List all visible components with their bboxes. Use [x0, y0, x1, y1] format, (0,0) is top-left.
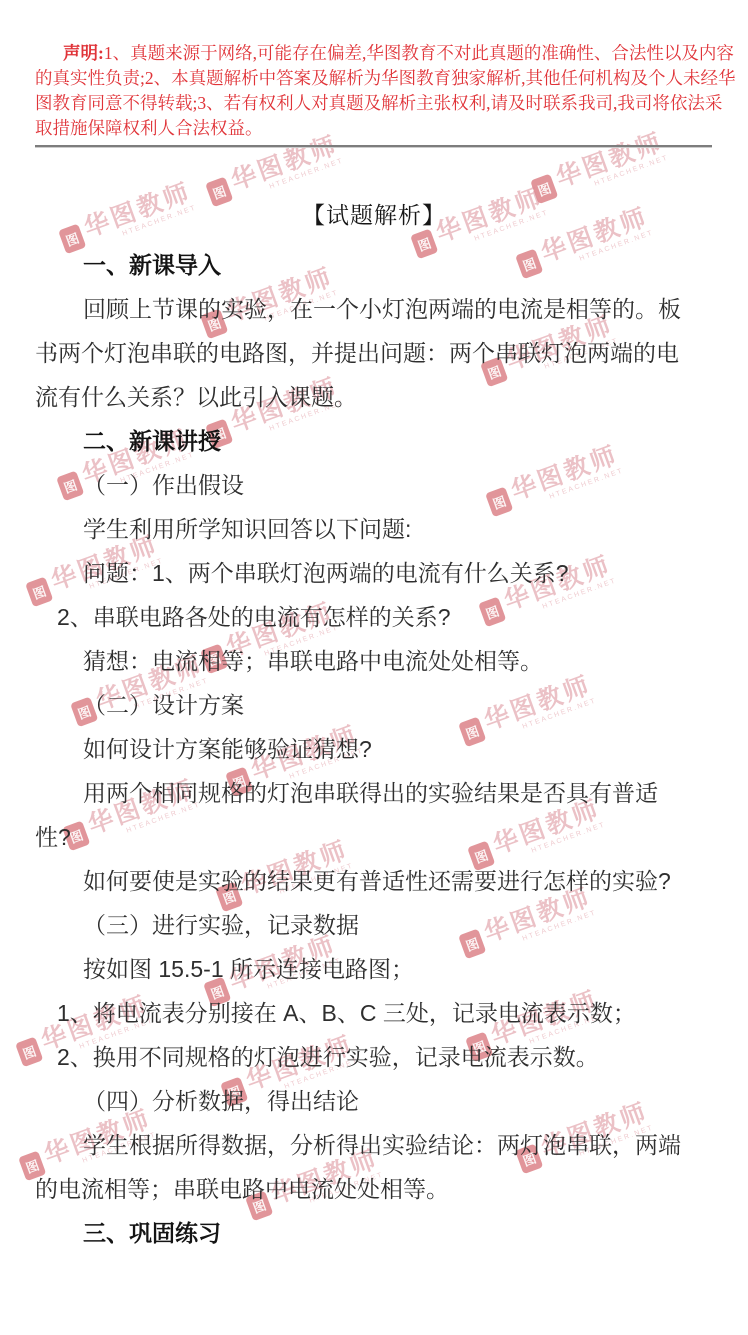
text-line: 学生利用所学知识回答以下问题: — [35, 507, 713, 551]
text-line: 猜想：电流相等；串联电路中电流处处相等。 — [35, 639, 713, 683]
disclaimer-line: 的真实性负责;2、本真题解析中答案及解析为华图教育独家解析,其他任何机构及个人未… — [35, 66, 713, 91]
text-line: 学生根据所得数据，分析得出实验结论：两灯泡串联，两端 — [35, 1123, 713, 1167]
watermark-text: 华图教师 — [228, 133, 342, 195]
text-line: 按如图 15.5-1 所示连接电路图； — [35, 947, 713, 991]
text-line: 书两个灯泡串联的电路图，并提出问题：两个串联灯泡两端的电 — [35, 331, 713, 375]
text-line: 流有什么关系？以此引入课题。 — [35, 375, 713, 419]
section-heading: 三、巩固练习 — [35, 1211, 713, 1255]
disclaimer: 声明:1、真题来源于网络,可能存在偏差,华图教育不对此真题的准确性、合法性以及内… — [35, 41, 713, 141]
document-body: 【试题解析】 一、新课导入回顾上节课的实验，在一个小灯泡两端的电流是相等的。板书… — [35, 193, 713, 1255]
text-line: 如何设计方案能够验证猜想? — [35, 727, 713, 771]
text-line: （三）进行实验，记录数据 — [35, 903, 713, 947]
text-line: 用两个相同规格的灯泡串联得出的实验结果是否具有普适 — [35, 771, 713, 815]
text-line: 2、串联电路各处的电流有怎样的关系? — [35, 595, 713, 639]
divider — [35, 145, 712, 147]
section-heading: 一、新课导入 — [35, 243, 713, 287]
section-heading: 二、新课讲授 — [35, 419, 713, 463]
text-line: 2、换用不同规格的灯泡进行实验，记录电流表示数。 — [35, 1035, 713, 1079]
disclaimer-label: 声明: — [63, 43, 104, 63]
watermark-text-group: 华图教师HTEACHER.NET — [228, 133, 345, 202]
text-line: 问题：1、两个串联灯泡两端的电流有什么关系? — [35, 551, 713, 595]
disclaimer-line: 取措施保障权利人合法权益。 — [35, 116, 713, 141]
disclaimer-line: 图教育同意不得转载;3、若有权利人对真题及解析主张权利,请及时联系我司,我司将依… — [35, 91, 713, 116]
text-line: 的电流相等；串联电路中电流处处相等。 — [35, 1167, 713, 1211]
page-title: 【试题解析】 — [35, 193, 713, 237]
body-lines: 一、新课导入回顾上节课的实验，在一个小灯泡两端的电流是相等的。板书两个灯泡串联的… — [35, 243, 713, 1255]
text-line: 1、将电流表分别接在 A、B、C 三处，记录电流表示数； — [35, 991, 713, 1035]
disclaimer-line: 声明:1、真题来源于网络,可能存在偏差,华图教育不对此真题的准确性、合法性以及内… — [35, 41, 713, 66]
text-line: 性? — [35, 815, 713, 859]
text-line: （一）作出假设 — [35, 463, 713, 507]
text-line: （二）设计方案 — [35, 683, 713, 727]
text-line: （四）分析数据，得出结论 — [35, 1079, 713, 1123]
text-line: 回顾上节课的实验，在一个小灯泡两端的电流是相等的。板 — [35, 287, 713, 331]
text-line: 如何要使是实验的结果更有普适性还需要进行怎样的实验? — [35, 859, 713, 903]
